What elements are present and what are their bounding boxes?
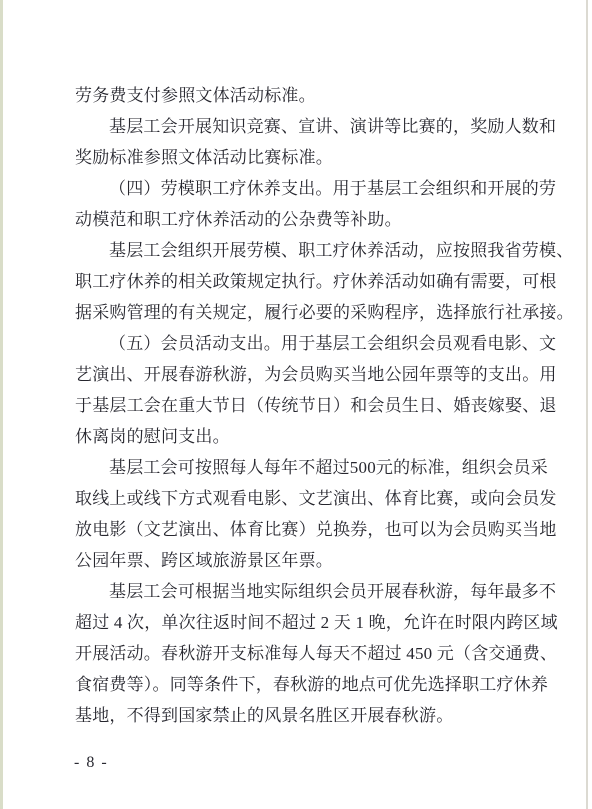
text-line: 公园年票、跨区域旅游景区年票。 [75,545,527,576]
document-page: 劳务费支付参照文体活动标准。基层工会开展知识竞赛、宣讲、演讲等比赛的，奖励人数和… [0,0,592,809]
text-line: 基层工会可按照每人每年不超过500元的标准，组织会员采 [75,452,527,483]
text-line: 艺演出、开展春游秋游，为会员购买当地公园年票等的支出。用 [75,359,527,390]
text-line: 基层工会开展知识竞赛、宣讲、演讲等比赛的，奖励人数和 [75,111,527,142]
text-line: 动模范和职工疗休养活动的公杂费等补助。 [75,204,527,235]
text-line: 开展活动。春秋游开支标准每人每天不超过 450 元（含交通费、 [75,638,527,669]
text-line: 食宿费等）。同等条件下，春秋游的地点可优先选择职工疗休养 [75,669,527,700]
document-body: 劳务费支付参照文体活动标准。基层工会开展知识竞赛、宣讲、演讲等比赛的，奖励人数和… [75,80,527,731]
page-number: - 8 - [74,752,108,774]
text-line: 基地，不得到国家禁止的风景名胜区开展春秋游。 [75,700,527,731]
text-line: 劳务费支付参照文体活动标准。 [75,80,527,111]
text-line: 据采购管理的有关规定，履行必要的采购程序，选择旅行社承接。 [75,297,527,328]
page-left-edge [0,0,3,809]
text-line: 取线上或线下方式观看电影、文艺演出、体育比赛，或向会员发 [75,483,527,514]
text-line: 职工疗休养的相关政策规定执行。疗休养活动如确有需要，可根 [75,266,527,297]
text-line: 基层工会组织开展劳模、职工疗休养活动，应按照我省劳模、 [75,235,527,266]
text-line: 超过 4 次，单次往返时间不超过 2 天 1 晚，允许在时限内跨区域 [75,607,527,638]
text-line: （四）劳模职工疗休养支出。用于基层工会组织和开展的劳 [75,173,527,204]
text-line: 奖励标准参照文体活动比赛标准。 [75,142,527,173]
text-line: （五）会员活动支出。用于基层工会组织会员观看电影、文 [75,328,527,359]
page-right-edge [586,0,588,809]
text-line: 基层工会可根据当地实际组织会员开展春秋游，每年最多不 [75,576,527,607]
text-line: 放电影（文艺演出、体育比赛）兑换券，也可以为会员购买当地 [75,514,527,545]
text-line: 于基层工会在重大节日（传统节日）和会员生日、婚丧嫁娶、退 [75,390,527,421]
text-line: 休离岗的慰问支出。 [75,421,527,452]
